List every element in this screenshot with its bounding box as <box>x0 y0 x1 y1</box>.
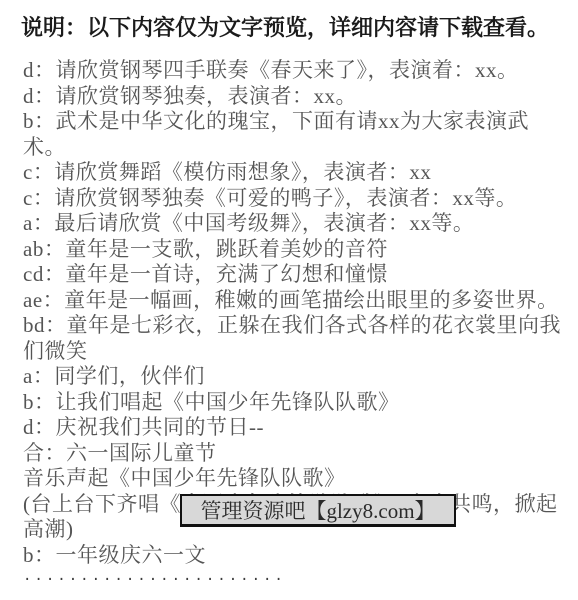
script-line: cd：童年是一首诗，充满了幻想和憧憬 <box>23 262 568 288</box>
script-line: 合：六一国际儿童节 <box>23 441 568 467</box>
script-line: d：请欣赏钢琴独奏，表演者：xx。 <box>23 84 568 110</box>
script-line: a：同学们，伙伴们 <box>23 364 568 390</box>
script-line: 音乐声起《中国少年先锋队队歌》 <box>23 466 568 492</box>
script-line: b：一年级庆六一文 <box>23 543 568 569</box>
script-line: b：武术是中华文化的瑰宝，下面有请xx为大家表演武术。 <box>23 109 568 160</box>
script-line: bd：童年是七彩衣，正躲在我们各式各样的花衣裳里向我们微笑 <box>23 313 568 364</box>
script-line: d：庆祝我们共同的节日-- <box>23 415 568 441</box>
script-line: ae：童年是一幅画，稚嫩的画笔描绘出眼里的多姿世界。 <box>23 288 568 314</box>
watermark-link[interactable]: 管理资源吧【glzy8.com】 <box>180 494 456 527</box>
script-line: d：请欣赏钢琴四手联奏《春天来了》，表演着：xx。 <box>23 58 568 84</box>
script-line: c：请欣赏钢琴独奏《可爱的鸭子》，表演者：xx等。 <box>23 186 568 212</box>
script-line: b：让我们唱起《中国少年先锋队队歌》 <box>23 390 568 416</box>
document-preview-page: 说明：以下内容仅为文字预览，详细内容请下载查看。 d：请欣赏钢琴四手联奏《春天来… <box>0 0 578 600</box>
preview-notice: 说明：以下内容仅为文字预览，详细内容请下载查看。 <box>0 0 578 42</box>
script-line: a：最后请欣赏《中国考级舞》，表演者：xx等。 <box>23 211 568 237</box>
script-line: ab：童年是一支歌，跳跃着美妙的音符 <box>23 237 568 263</box>
script-line: c：请欣赏舞蹈《模仿雨想象》，表演者：xx <box>23 160 568 186</box>
ellipsis-row: ······················· <box>23 568 568 594</box>
